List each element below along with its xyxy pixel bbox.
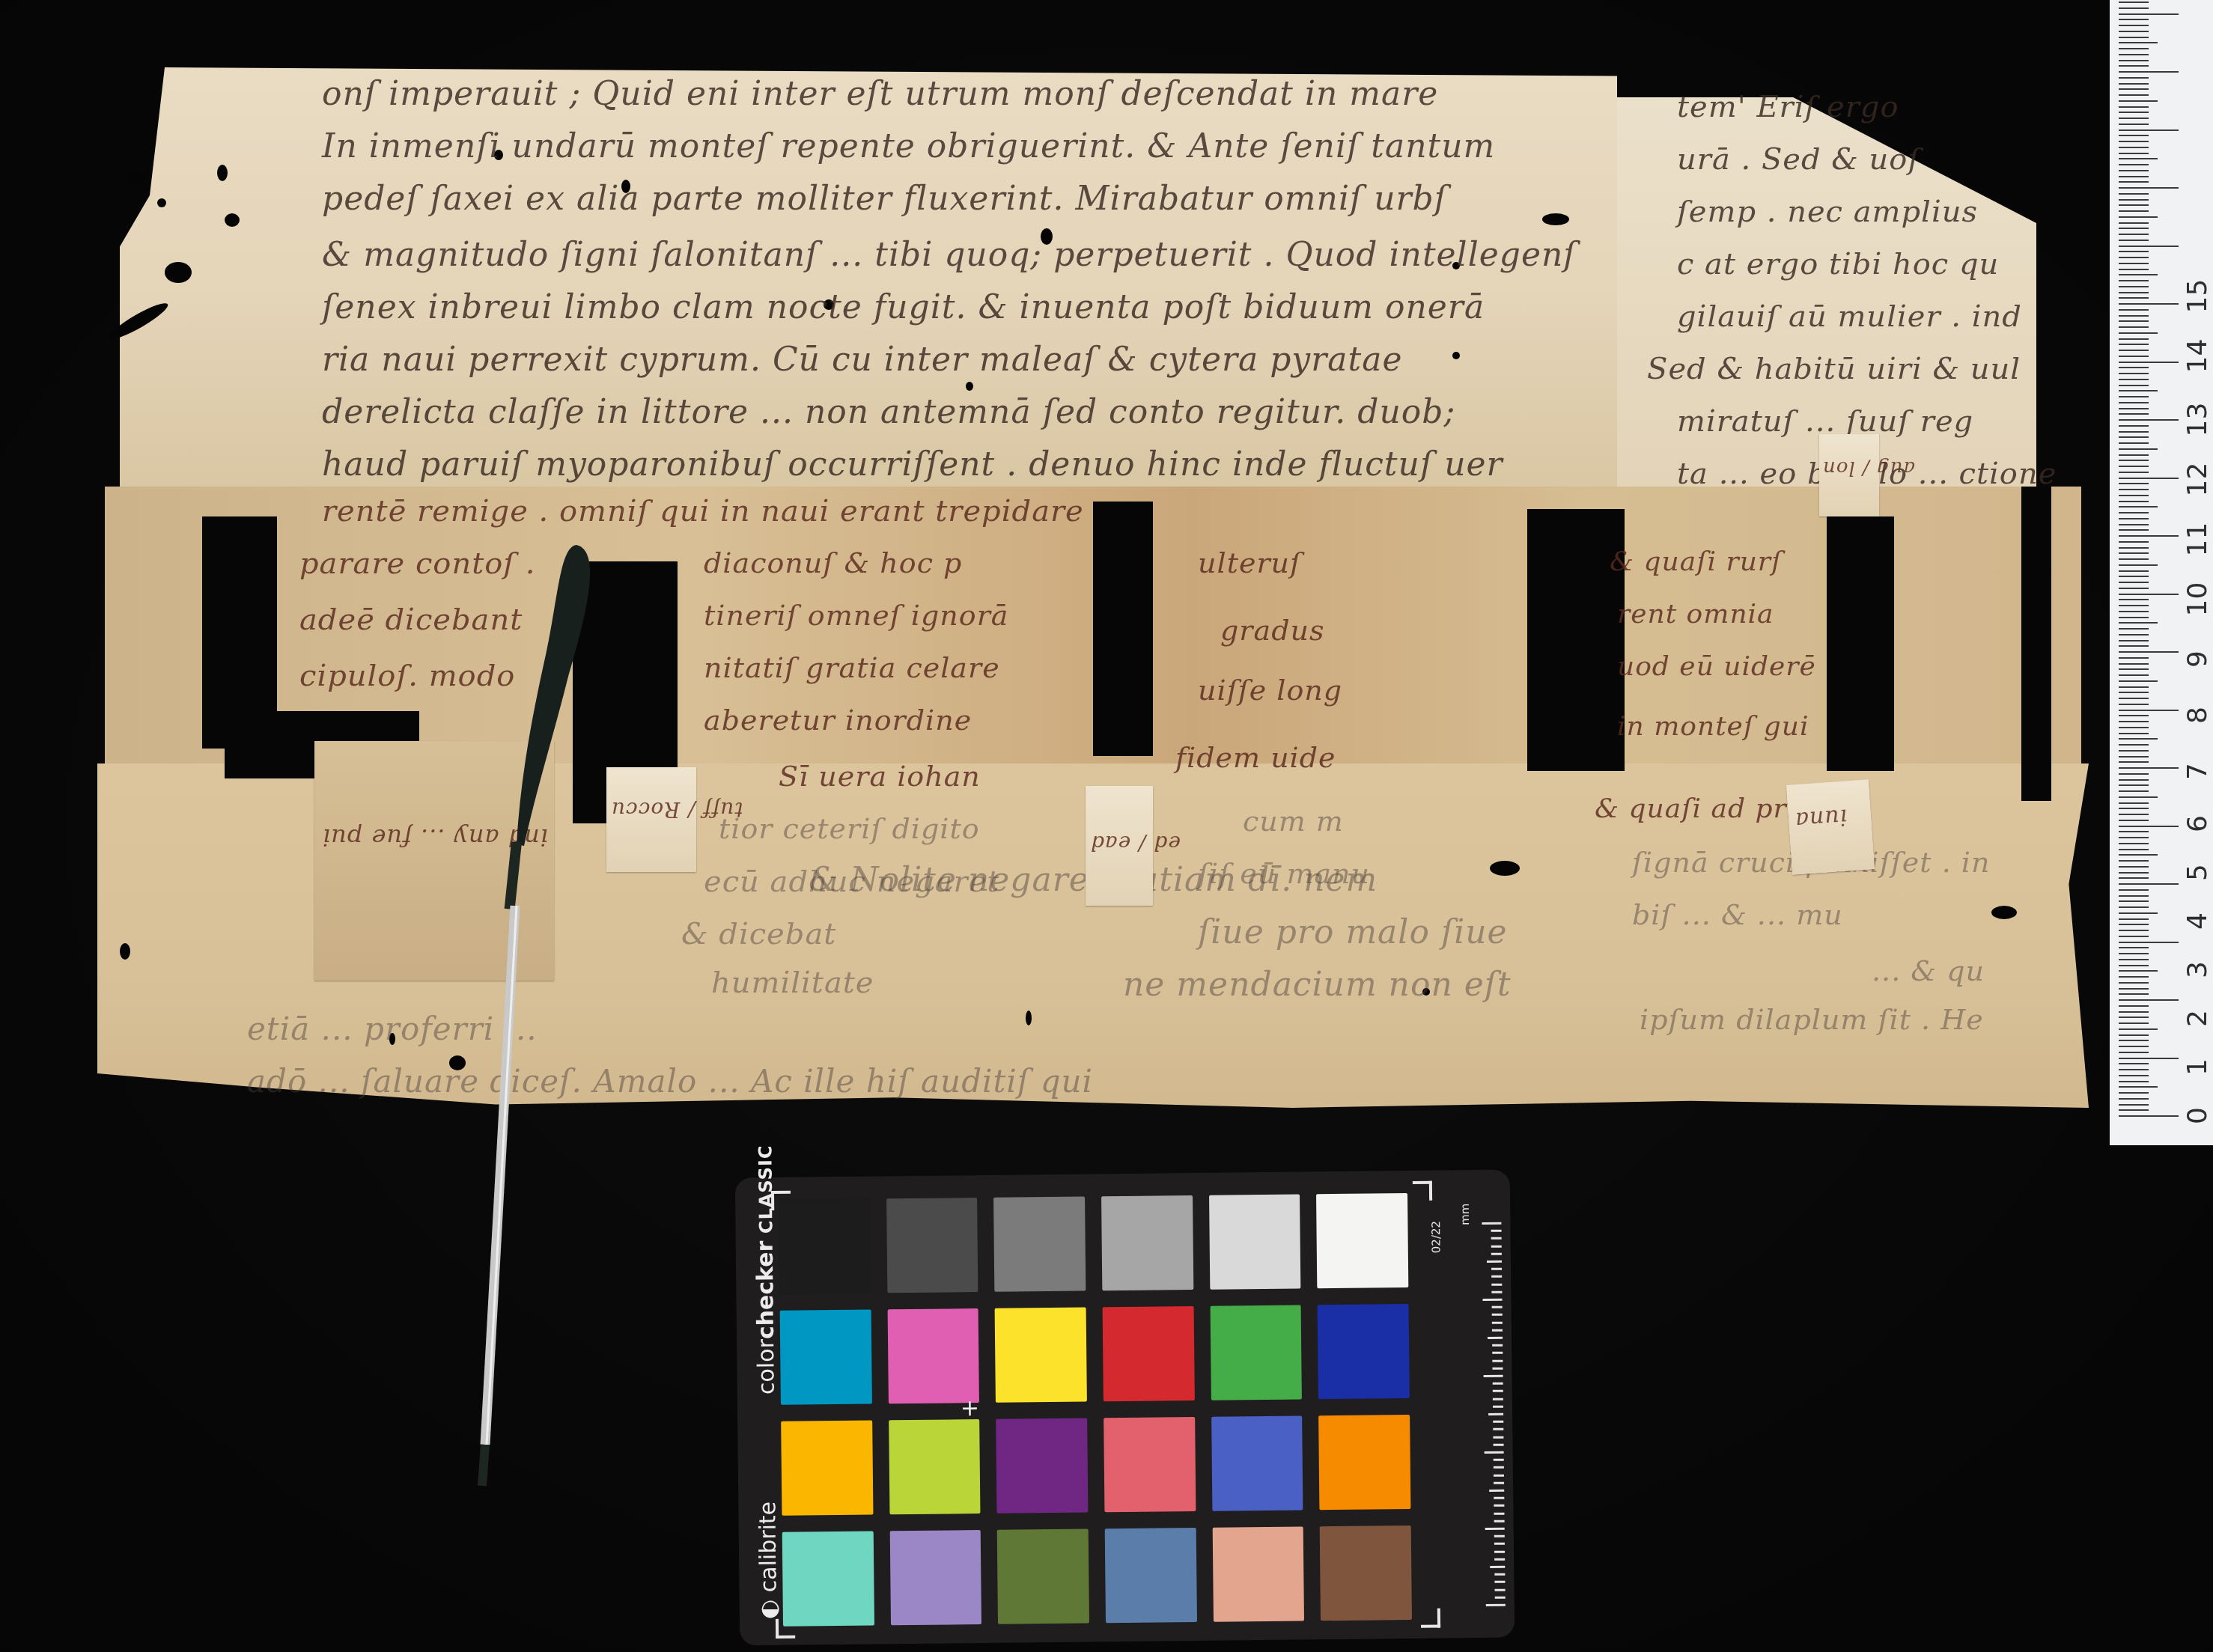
ruler-tick [2119,460,2149,461]
ruler-tick [2119,535,2179,537]
manuscript-line: ſiue pro malo ſiue [1198,913,1508,951]
scale-tick [1494,1481,1504,1484]
ruler-tick [2119,953,2149,954]
ruler-tick [2119,663,2149,665]
color-swatch-r2-c6 [1318,1304,1410,1399]
manuscript-line: & quaſi ad pri [1595,793,1796,824]
ruler-tick [2119,524,2149,525]
color-swatch-r4-c6 [1320,1525,1412,1621]
ruler-tick [2119,1081,2149,1082]
scale-tick [1492,1314,1503,1316]
ruler-tick [2119,71,2179,73]
ruler-tick [2119,100,2158,102]
ruler-tick [2119,640,2149,641]
scale-tick [1494,1444,1504,1446]
manuscript-line: urā . Sed & uoſ [1677,142,1920,177]
ruler-tick [2119,1115,2179,1117]
ruler-tick [2119,1109,2149,1111]
ruler-tick [2119,94,2149,96]
calibrite-logo-icon: ◐ [756,1600,782,1620]
color-swatch-r4-c2 [889,1530,981,1625]
ruler-tick [2119,895,2149,897]
manuscript-line: rentē remige . omniſ qui in naui erant t… [322,494,1084,528]
ruler-tick [2119,831,2149,832]
ruler-tick [2119,738,2158,740]
ruler-label: 9 [2182,641,2213,678]
ruler-tick [2119,25,2149,26]
ruler-label: 14 [2182,338,2213,375]
ruler-tick [2119,906,2149,908]
scale-tick [1488,1413,1503,1415]
manuscript-line: pedeſ ſaxei ex alia parte molliter fluxe… [322,180,1447,218]
ruler-tick [2119,889,2149,891]
ruler-tick [2119,622,2158,624]
ruler-tick [2119,129,2179,131]
ruler-tick [2119,216,2158,218]
ruler-tick [2119,65,2149,67]
ruler-tick [2119,849,2149,850]
color-swatch-r1-c1 [779,1199,871,1294]
cut-hole-3 [1093,502,1153,756]
scale-tick [1490,1566,1505,1568]
ruler-tick [2119,982,2149,984]
ruler-tick [2119,582,2149,583]
ruler-label: 4 [2182,903,2213,940]
color-swatch-r3-c3 [996,1418,1088,1514]
ruler-tick [2119,715,2149,716]
manuscript-line: & magnitudo ſigni ſalonitanſ ... tibi qu… [322,236,1577,274]
ruler-tick [2119,466,2149,467]
scale-tick [1492,1359,1503,1362]
ruler-tick [2119,924,2149,925]
ruler-tick [2119,326,2149,328]
ruler-tick [2119,547,2149,549]
ruler-tick [2119,141,2149,142]
scale-tick [1492,1306,1503,1308]
ruler-tick [2119,419,2179,421]
manuscript-line: onſ imperauit ; Quid eni inter eſt utrum… [322,75,1438,113]
scale-tick [1484,1375,1503,1377]
scale-tick [1491,1253,1502,1255]
ruler-label: 10 [2182,581,2213,618]
ruler-tick [2119,576,2149,577]
ruler-tick [2119,1034,2149,1036]
ruler-tick [2119,854,2158,856]
scale-tick [1495,1588,1506,1591]
manuscript-line: adō ... ſaluare diceſ. Amalo ... Ac ille… [247,1063,1093,1100]
ruler-tick [2119,88,2149,90]
worm-hole [1490,861,1520,876]
manuscript-line: ſenex inbreui limbo clam nocte fugit. & … [322,288,1485,326]
ruler-tick [2119,472,2149,473]
pasted-slip: tuff / Roccu [606,767,696,872]
millimeter-scale [1482,1222,1505,1612]
ruler-tick [2119,518,2149,519]
ruler-tick [2119,883,2179,885]
ruler-tick [2119,826,2179,827]
manuscript-line: uiſſe long [1198,674,1342,707]
manuscript-line: cum m [1243,805,1344,838]
ruler-tick [2119,60,2149,61]
scale-tick [1494,1497,1504,1499]
ruler-tick [2119,408,2149,409]
ruler-tick [2119,588,2149,589]
pasted-slip: ed / ead [1086,786,1153,906]
worm-hole [217,165,228,181]
ruler-tick [2119,1092,2149,1094]
scale-tick [1493,1383,1503,1385]
manuscript-line: & dicebat [681,917,836,951]
scale-tick [1485,1451,1504,1454]
scale-tick [1494,1543,1505,1545]
ruler-tick [2119,118,2149,119]
slip-text: iuna [1794,803,1848,833]
ruler-tick [2119,385,2149,386]
worm-hole [1542,213,1569,225]
ruler-tick [2119,228,2149,229]
pasted-slip: iuna [1786,779,1875,874]
worm-hole [157,198,166,207]
ruler-tick [2119,1052,2149,1053]
manuscript-line: nitatiſ gratia celare [704,651,1000,684]
ruler-tick [2119,1075,2149,1076]
ruler-tick [2119,529,2149,531]
manuscript-line: Sed & habitū uiri & uul [1647,352,2021,386]
ruler-tick [2119,222,2149,224]
ruler-tick [2119,710,2179,711]
pasted-slip: ind any ... fue pui [314,741,554,981]
ruler-tick [2119,976,2149,978]
ruler-tick [2119,918,2149,920]
ruler-tick [2119,158,2158,159]
ruler-tick [2119,645,2149,647]
ruler-tick [2119,7,2149,9]
manuscript-line: c at ergo tibi hoc qu [1677,247,1999,281]
ruler-tick [2119,135,2149,136]
scale-tick [1491,1283,1502,1285]
manuscript-line: derelicta claſſe in littore ... non ante… [322,393,1455,431]
ruler-label: 7 [2182,753,2213,790]
ruler-tick [2119,280,2149,281]
ruler-tick [2119,1017,2149,1018]
ruler-tick [2119,541,2149,543]
ruler-tick [2119,680,2158,682]
ruler-tick [2119,564,2158,566]
ruler-tick [2119,210,2149,212]
ruler-tick [2119,773,2149,775]
ruler-tick [2119,704,2149,705]
ruler-tick [2119,912,2158,914]
ruler-tick [2119,594,2179,595]
scale-tick [1491,1237,1502,1240]
ruler-tick [2119,999,2179,1001]
ruler-tick [2119,187,2179,189]
ruler-tick [2119,367,2149,368]
ruler-tick [2119,599,2149,600]
scale-tick [1491,1275,1502,1278]
ruler-tick [2119,628,2149,630]
ruler-tick [2119,1063,2149,1064]
crosshair-mark: + [961,1395,980,1421]
slip-text: ed / ead [1090,831,1181,856]
manuscript-line: ne mendacium non eſt [1123,966,1512,1004]
manuscript-line: ... & qu [1872,954,1985,987]
color-swatch-r3-c6 [1318,1415,1410,1510]
manuscript-line: In inmenſi undarū monteſ repente obrigue… [322,127,1495,165]
scale-tick [1492,1329,1503,1332]
color-swatch-r1-c3 [993,1197,1086,1292]
scale-tick [1493,1406,1503,1408]
color-swatch-r1-c5 [1209,1195,1301,1290]
scale-tick [1483,1299,1503,1301]
ruler-tick [2119,860,2149,862]
ruler-label: 0 [2182,1097,2213,1135]
ruler-tick [2119,396,2149,397]
color-swatch-r2-c2 [887,1308,979,1403]
ruler-tick [2119,431,2149,433]
color-swatch-r3-c1 [781,1421,873,1516]
product-suffix: CLASSIC [755,1144,776,1234]
scale-tick [1491,1245,1502,1247]
worm-hole [1452,352,1460,359]
color-swatch-r4-c1 [782,1531,874,1627]
manuscript-line: etiā ... proferri ... [247,1011,538,1047]
ruler-label: 15 [2182,278,2213,315]
scale-tick [1482,1222,1501,1225]
ruler-label: 13 [2182,401,2213,439]
ruler-tick [2119,744,2149,746]
ruler-tick [2119,204,2149,206]
ruler-label: 6 [2182,805,2213,843]
ruler-tick [2119,721,2149,722]
ruler-tick [2119,1098,2149,1100]
ruler-tick [2119,605,2149,606]
ruler-tick [2119,784,2149,786]
ruler-tick [2119,750,2149,752]
ruler-tick [2119,106,2149,108]
scale-tick [1493,1436,1503,1438]
ruler-tick [2119,442,2149,444]
ruler-tick [2119,820,2149,821]
ruler-tick [2119,727,2149,728]
ruler-tick [2119,495,2149,496]
ruler-tick [2119,767,2179,769]
manuscript-line: ſemp . nec amplius [1677,195,1978,229]
color-swatch-r1-c4 [1101,1195,1193,1290]
ruler-tick [2119,489,2149,490]
ruler-tick [2119,942,2179,943]
manuscript-line: diaconuſ & hoc p [704,546,962,579]
scale-tick [1494,1505,1504,1507]
scale-tick [1493,1428,1503,1430]
ruler-tick [2119,176,2149,177]
ruler-tick [2119,402,2149,403]
scale-tick [1491,1291,1502,1293]
ruler-tick [2119,436,2149,438]
ruler-tick [2119,112,2149,113]
ruler-tick [2119,1,2149,3]
ruler-tick [2119,170,2149,171]
ruler-tick [2119,866,2149,868]
ruler-tick [2119,286,2149,287]
ruler-tick [2119,1104,2149,1106]
ruler-tick [2119,448,2158,450]
ruler-tick [2119,1086,2158,1088]
ruler-tick [2119,552,2149,554]
ruler-tick [2119,802,2149,804]
ruler-label: 12 [2182,461,2213,499]
ruler-tick [2119,234,2149,235]
ruler-tick [2119,970,2158,972]
ruler-tick [2119,454,2149,456]
ruler-tick [2119,54,2149,55]
ruler-tick [2119,478,2179,479]
worm-hole [1026,1011,1032,1025]
scale-tick [1494,1512,1504,1514]
manuscript-line: in monteſ gui [1617,711,1809,742]
manuscript-line: Sī uera iohan [779,760,981,793]
scale-tick [1494,1558,1505,1560]
manuscript-line: biſ ... & ... mu [1632,898,1843,931]
manuscript-line: tineriſ omneſ ignorā [704,599,1009,632]
ruler-tick [2119,251,2149,252]
scale-tick [1494,1459,1504,1461]
color-swatch-r3-c5 [1211,1416,1303,1511]
color-swatch-r3-c2 [889,1419,981,1514]
manuscript-line: tem' Eriſ ergo [1677,90,1899,124]
scale-tick [1493,1390,1503,1392]
ruler-tick [2119,692,2149,693]
date-code: 02/22 [1429,1221,1443,1253]
ruler-tick [2119,350,2149,351]
ruler-tick [2119,634,2149,635]
scale-tick [1494,1550,1505,1552]
pasted-slip: aug / lon [1819,434,1879,516]
manuscript-line: tior ceteriſ digito [719,812,980,845]
manuscript-line: ecū adhuc negaret [704,865,999,899]
ruler-tick [2119,356,2149,357]
ruler-tick [2119,263,2149,264]
manuscript-line: ria naui perrexit cyprum. Cū cu inter ma… [322,341,1402,379]
ruler-tick [2119,1005,2149,1007]
ruler-tick [2119,147,2149,148]
manuscript-line: haud paruiſ myoparonibuſ occurriſſent . … [322,445,1503,484]
ruler-tick [2119,761,2149,763]
scale-tick [1492,1321,1503,1323]
ruler-tick [2119,303,2179,305]
ruler-tick [2119,199,2149,201]
ruler-label: 1 [2182,1049,2213,1086]
manuscript-line: gilauiſ aū mulier . ind [1677,299,2022,334]
ruler-tick [2119,19,2149,20]
ruler-tick [2119,698,2149,699]
ruler-tick [2119,686,2149,688]
registration-mark [1413,1181,1432,1201]
ruler-tick [2119,651,2179,653]
manuscript-line: humilitate [711,966,874,1000]
scale-tick [1495,1596,1506,1598]
color-swatch-r1-c2 [886,1198,978,1293]
slip-text: ind any ... fue pui [322,823,548,852]
ruler-tick [2119,257,2149,258]
manuscript-line: gradus [1220,614,1324,647]
ruler-tick [2119,617,2149,618]
ruler-tick [2119,512,2149,513]
brand-logo-text: ◐ calibrite [755,1502,782,1620]
manuscript-line: cipuloſ. modo [299,659,515,693]
ruler-tick [2119,240,2149,241]
ruler-tick [2119,48,2149,49]
ruler-label: 11 [2182,521,2213,558]
ruler-tick [2119,309,2149,311]
ruler-tick [2119,790,2149,792]
ruler-tick [2119,900,2149,902]
scale-tick [1493,1421,1503,1423]
worm-hole [225,213,240,227]
registration-mark [1421,1609,1440,1628]
ruler-tick [2119,988,2149,990]
worm-hole [120,943,130,960]
ruler-tick [2119,269,2149,270]
ruler-tick [2119,959,2149,960]
brand-name: calibrite [755,1502,782,1593]
manuscript-fragment: onſ imperauit ; Quid eni inter eſt utrum… [75,67,2051,1108]
ruler-tick [2119,668,2149,670]
scale-tick [1492,1352,1503,1354]
ruler-tick [2119,37,2149,38]
ruler-tick [2119,320,2149,322]
product-bold: checker [752,1240,779,1339]
ruler-tick [2119,315,2149,317]
ruler-tick [2119,733,2149,734]
ruler-tick [2119,390,2158,391]
manuscript-line: & quaſi rurſ [1610,546,1782,577]
scale-tick [1485,1528,1505,1530]
ruler-tick [2119,756,2149,758]
ruler-tick [2119,332,2158,334]
color-checker-card: colorchecker CLASSIC ◐ calibrite + 02/22… [735,1170,1515,1646]
manuscript-line: rent omnia [1617,599,1774,630]
ruler-tick [2119,930,2149,931]
ruler-tick [2119,808,2149,809]
ruler-tick [2119,373,2149,374]
scale-tick [1494,1466,1504,1469]
ruler-tick [2119,83,2149,85]
ruler-tick [2119,13,2179,15]
ruler-tick [2119,246,2179,247]
cut-hole-5 [1827,516,1894,771]
ruler-tick [2119,872,2149,874]
ruler-tick [2119,344,2149,345]
manuscript-line: fidem uide [1175,741,1336,774]
scale-tick [1492,1344,1503,1347]
ruler-label: 3 [2182,951,2213,989]
manuscript-line: uod eū uiderē [1617,651,1816,682]
color-swatch-r1-c6 [1316,1193,1408,1288]
ruler-tick [2119,42,2158,43]
scale-tick [1488,1337,1503,1339]
ruler-tick [2119,1040,2149,1041]
color-swatch-r2-c4 [1103,1306,1195,1401]
color-swatch-r4-c3 [997,1529,1089,1624]
ruler-label: 2 [2182,1000,2213,1037]
ruler-tick [2119,164,2149,165]
ruler-tick [2119,843,2149,844]
ruler-tick [2119,611,2149,612]
ruler-tick [2119,1046,2149,1047]
ruler-tick [2119,506,2158,508]
scale-tick [1491,1230,1502,1232]
